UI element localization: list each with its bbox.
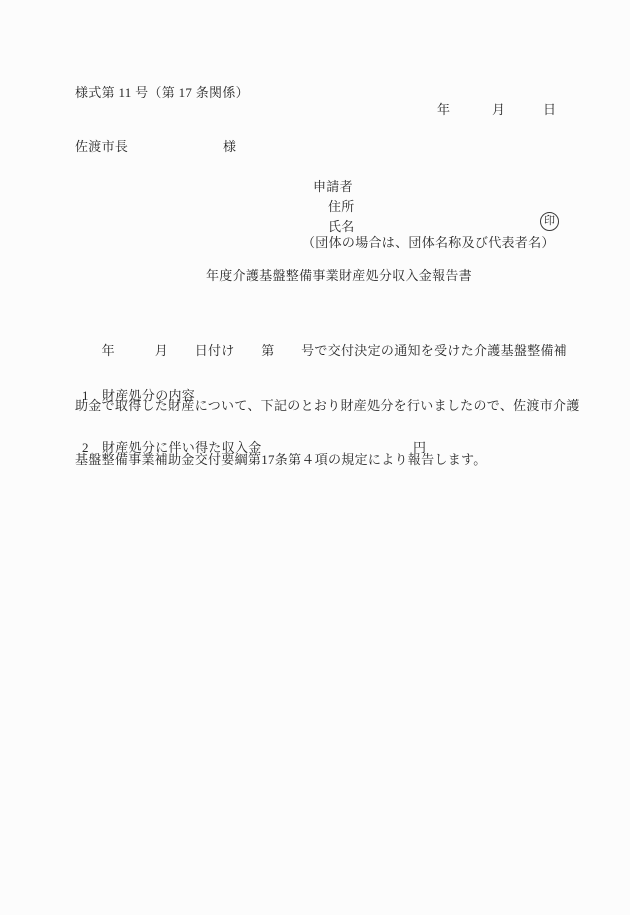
address-field-label: 住所	[328, 199, 355, 215]
form-number: 様式第 11 号（第 17 条関係）	[75, 85, 249, 101]
document-page: 様式第 11 号（第 17 条関係） 年 月 日 佐渡市長 様 申請者 住所 氏…	[0, 0, 630, 915]
body-line: 年 月 日付け 第 号で交付決定の通知を受けた介護基盤整備補	[75, 340, 575, 363]
addressee-honorific: 様	[223, 139, 236, 155]
document-title: 年度介護基盤整備事業財産処分収入金報告書	[0, 268, 630, 284]
date-year-label: 年	[437, 102, 450, 118]
item-1-label: 財産処分の内容	[102, 388, 195, 404]
name-field-label: 氏名	[328, 219, 355, 235]
item-1-number: 1	[82, 388, 89, 404]
applicant-label: 申請者	[313, 179, 353, 195]
body-paragraph: 年 月 日付け 第 号で交付決定の通知を受けた介護基盤整備補 助金で取得した財産…	[75, 308, 575, 504]
item-2-number: 2	[82, 440, 89, 456]
date-month-label: 月	[492, 102, 505, 118]
addressee-name: 佐渡市長	[75, 139, 128, 155]
organization-note: （団体の場合は、団体名称及び代表者名）	[302, 235, 555, 251]
date-day-label: 日	[543, 102, 556, 118]
item-2-label: 財産処分に伴い得た収入金	[102, 440, 262, 456]
seal-mark-icon: 印	[540, 212, 559, 231]
item-2-unit: 円	[413, 440, 426, 456]
